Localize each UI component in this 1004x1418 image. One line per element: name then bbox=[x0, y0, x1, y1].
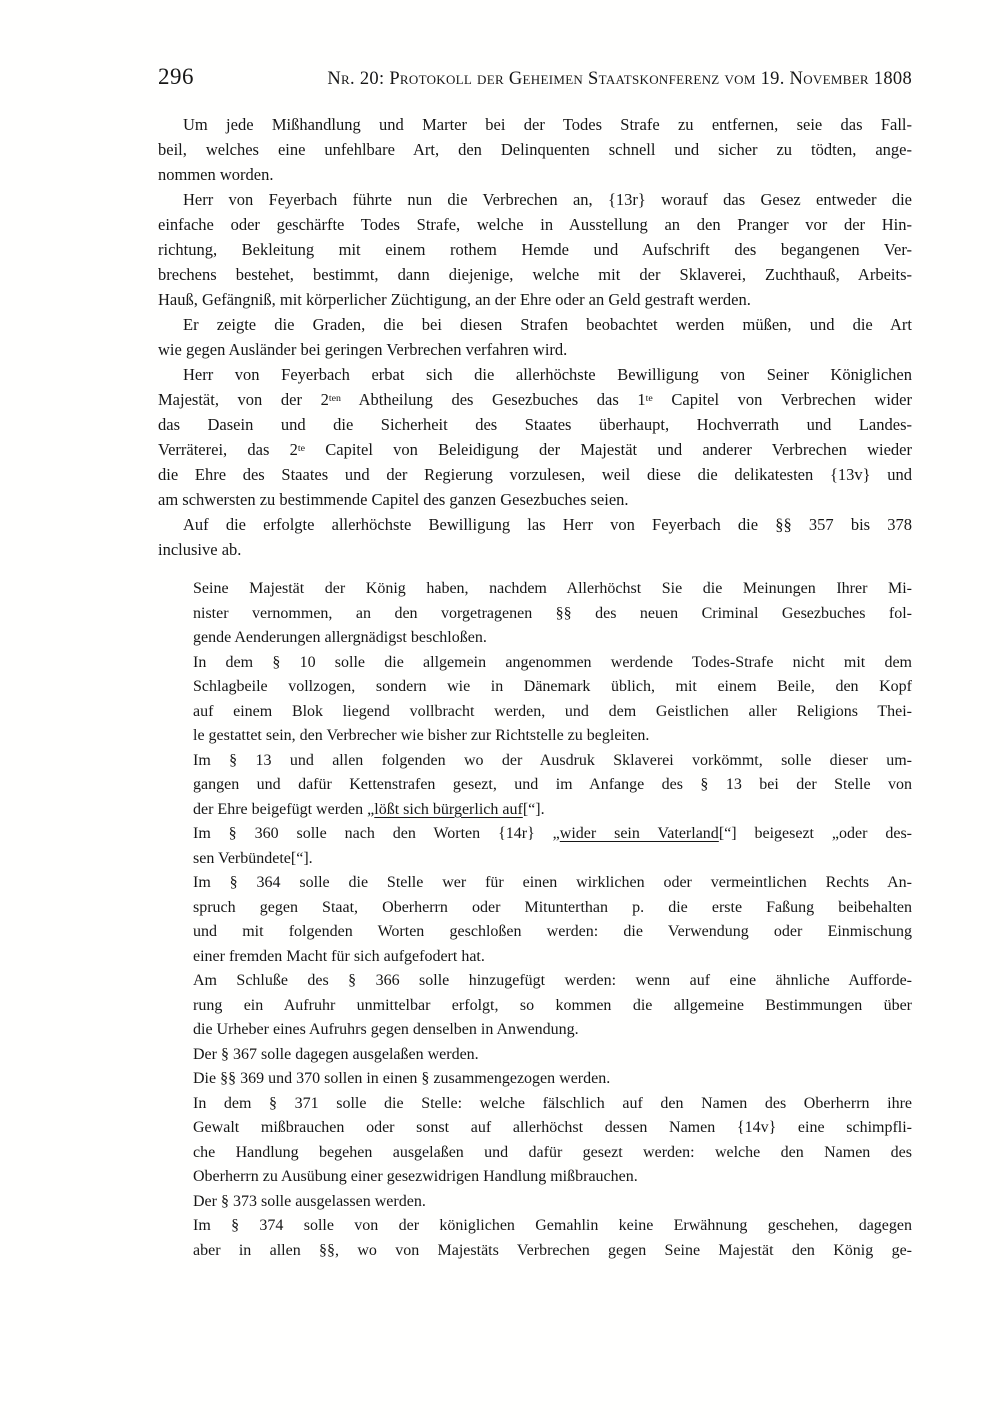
text-line: wie gegen Ausländer bei geringen Verbrec… bbox=[158, 337, 912, 362]
paragraph: Er zeigte die Graden, die bei diesen Str… bbox=[158, 312, 912, 362]
text-line: die Ehre des Staates und der Regierung v… bbox=[158, 462, 912, 487]
text-line: rung ein Aufruhr unmittelbar erfolgt, so… bbox=[193, 994, 912, 1019]
text-line: nommen worden. bbox=[158, 162, 912, 187]
text-line: gangen und dafür Kettenstrafen gesezt, u… bbox=[193, 773, 912, 798]
text-line: Verräterei, das 2te Capitel von Beleidig… bbox=[158, 437, 912, 462]
body-text: Um jede Mißhandlung und Marter bei der T… bbox=[158, 112, 912, 562]
text-line: gende Aenderungen allergnädigst beschloß… bbox=[193, 626, 912, 651]
paragraph: Am Schluße des § 366 solle hinzugefügt w… bbox=[193, 969, 912, 1043]
text-line: Schlagbeile vollzogen, sondern wie in Dä… bbox=[193, 675, 912, 700]
text-line: Oberherrn zu Ausübung einer gesezwidrige… bbox=[193, 1165, 912, 1190]
text-line: Majestät, von der 2ten Abtheilung des Ge… bbox=[158, 387, 912, 412]
text-line: einfache oder geschärfte Todes Strafe, w… bbox=[158, 212, 912, 237]
page-number: 296 bbox=[158, 64, 194, 90]
block-quote: Seine Majestät der König haben, nachdem … bbox=[193, 577, 912, 1263]
text-line: Im § 374 solle von der königlichen Gemah… bbox=[193, 1214, 912, 1239]
paragraph: Der § 367 solle dagegen ausgelaßen werde… bbox=[193, 1043, 912, 1068]
text-line: auf einem Blok liegend vollbracht werden… bbox=[193, 700, 912, 725]
text-line: inclusive ab. bbox=[158, 537, 912, 562]
text-line: Er zeigte die Graden, die bei diesen Str… bbox=[158, 312, 912, 337]
text-line: In dem § 371 solle die Stelle: welche fä… bbox=[193, 1092, 912, 1117]
paragraph: Herr von Feyerbach führte nun die Verbre… bbox=[158, 187, 912, 312]
text-line: Seine Majestät der König haben, nachdem … bbox=[193, 577, 912, 602]
paragraph: Im § 374 solle von der königlichen Gemah… bbox=[193, 1214, 912, 1263]
text-line: Der § 367 solle dagegen ausgelaßen werde… bbox=[193, 1043, 912, 1068]
text-line: Herr von Feyerbach führte nun die Verbre… bbox=[158, 187, 912, 212]
paragraph: Seine Majestät der König haben, nachdem … bbox=[193, 577, 912, 651]
text-line: In dem § 10 solle die allgemein angenomm… bbox=[193, 651, 912, 676]
text-line: Im § 13 und allen folgenden wo der Ausdr… bbox=[193, 749, 912, 774]
paragraph: Im § 360 solle nach den Worten {14r} „wi… bbox=[193, 822, 912, 871]
paragraph: Die §§ 369 und 370 sollen in einen § zus… bbox=[193, 1067, 912, 1092]
text-line: che Handlung begehen ausgelaßen und dafü… bbox=[193, 1141, 912, 1166]
text-line: das Dasein und die Sicherheit des Staate… bbox=[158, 412, 912, 437]
paragraph: In dem § 371 solle die Stelle: welche fä… bbox=[193, 1092, 912, 1190]
text-line: spruch gegen Staat, Oberherrn oder Mitun… bbox=[193, 896, 912, 921]
running-header: 296 Nr. 20: Protokoll der Geheimen Staat… bbox=[158, 64, 912, 90]
text-line: sen Verbündete[“]. bbox=[193, 847, 912, 872]
text-line: Auf die erfolgte allerhöchste Bewilligun… bbox=[158, 512, 912, 537]
text-line: die Urheber eines Aufruhrs gegen denselb… bbox=[193, 1018, 912, 1043]
text-line: am schwersten zu bestimmende Capitel des… bbox=[158, 487, 912, 512]
text-line: Um jede Mißhandlung und Marter bei der T… bbox=[158, 112, 912, 137]
text-line: einer fremden Macht für sich aufgefodert… bbox=[193, 945, 912, 970]
underlined-phrase: lößt sich bürgerlich auf bbox=[374, 801, 523, 818]
text-line: brechens bestehet, bestimmt, dann diejen… bbox=[158, 262, 912, 287]
text-line: Der § 373 solle ausgelassen werden. bbox=[193, 1190, 912, 1215]
paragraph: Herr von Feyerbach erbat sich die allerh… bbox=[158, 362, 912, 512]
paragraph: Auf die erfolgte allerhöchste Bewilligun… bbox=[158, 512, 912, 562]
text-line: Am Schluße des § 366 solle hinzugefügt w… bbox=[193, 969, 912, 994]
paragraph: Um jede Mißhandlung und Marter bei der T… bbox=[158, 112, 912, 187]
text-line: und mit folgenden Worten geschloßen werd… bbox=[193, 920, 912, 945]
book-page: 296 Nr. 20: Protokoll der Geheimen Staat… bbox=[0, 0, 1004, 1418]
text-line: beil, welches eine unfehlbare Art, den D… bbox=[158, 137, 912, 162]
text-line: aber in allen §§, wo von Majestäts Verbr… bbox=[193, 1239, 912, 1264]
underlined-phrase: wider sein Vaterland bbox=[560, 825, 719, 842]
text-line: Im § 364 solle die Stelle wer für einen … bbox=[193, 871, 912, 896]
running-head-title: Nr. 20: Protokoll der Geheimen Staatskon… bbox=[327, 69, 912, 90]
text-line: Hauß, Gefängniß, mit körperlicher Züchti… bbox=[158, 287, 912, 312]
text-line: nister vernommen, an den vorgetragenen §… bbox=[193, 602, 912, 627]
paragraph: Im § 364 solle die Stelle wer für einen … bbox=[193, 871, 912, 969]
text-line: richtung, Bekleitung mit einem rothem He… bbox=[158, 237, 912, 262]
paragraph: In dem § 10 solle die allgemein angenomm… bbox=[193, 651, 912, 749]
text-line: le gestattet sein, den Verbrecher wie bi… bbox=[193, 724, 912, 749]
paragraph: Im § 13 und allen folgenden wo der Ausdr… bbox=[193, 749, 912, 823]
text-line: Gewalt mißbrauchen oder sonst auf allerh… bbox=[193, 1116, 912, 1141]
text-line: Herr von Feyerbach erbat sich die allerh… bbox=[158, 362, 912, 387]
text-line: der Ehre beigefügt werden „lößt sich bür… bbox=[193, 798, 912, 823]
paragraph: Der § 373 solle ausgelassen werden. bbox=[193, 1190, 912, 1215]
text-line: Im § 360 solle nach den Worten {14r} „wi… bbox=[193, 822, 912, 847]
text-line: Die §§ 369 und 370 sollen in einen § zus… bbox=[193, 1067, 912, 1092]
